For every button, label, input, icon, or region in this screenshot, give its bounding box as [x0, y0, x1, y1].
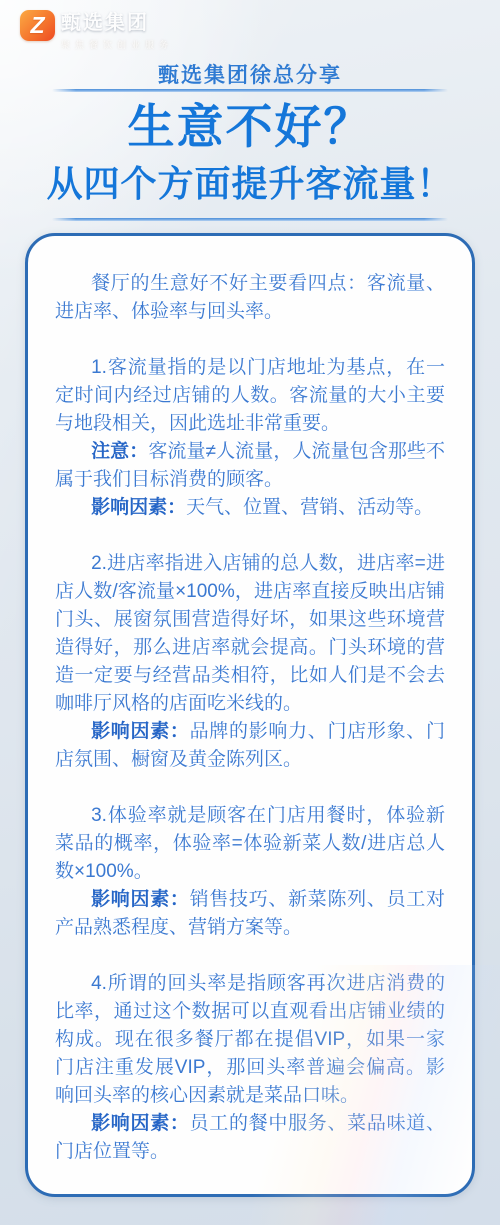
card-paragraph: 1.客流量指的是以门店地址为基点，在一定时间内经过店铺的人数。客流量的大小主要与… [55, 354, 445, 438]
paragraph-text: 2.进店率指进入店铺的总人数，进店率=进店人数/客流量×100%，进店率直接反映… [55, 553, 445, 714]
logo-name: 甄选集团 [61, 10, 173, 36]
title-line2: 从四个方面提升客流量！ [0, 158, 500, 210]
card-paragraph: 影响因素：销售技巧、新菜陈列、员工对产品熟悉程度、营销方案等。 [55, 886, 445, 942]
paragraph-bold-label: 影响因素： [91, 1113, 190, 1134]
card-paragraph: 影响因素：品牌的影响力、门店形象、门店氛围、橱窗及黄金陈列区。 [55, 718, 445, 774]
content-card: 餐厅的生意好不好主要看四点：客流量、进店率、体验率与回头率。1.客流量指的是以门… [25, 233, 475, 1197]
paragraph-bold-label: 注意： [91, 441, 148, 462]
logo-textblock: 甄选集团 聚焦餐饮创业服务 [61, 10, 173, 51]
divider-top [52, 89, 448, 92]
paragraph-text: 4.所谓的回头率是指顾客再次进店消费的比率，通过这个数据可以直观看出店铺业绩的构… [55, 973, 445, 1106]
divider-bottom [52, 218, 448, 221]
card-paragraph: 影响因素：天气、位置、营销、活动等。 [55, 494, 445, 522]
logo: Z 甄选集团 聚焦餐饮创业服务 [20, 10, 173, 51]
card-paragraph: 3.体验率就是顾客在门店用餐时，体验新菜品的概率，体验率=体验新菜人数/进店总人… [55, 802, 445, 886]
paragraph-text: 1.客流量指的是以门店地址为基点，在一定时间内经过店铺的人数。客流量的大小主要与… [55, 357, 445, 434]
paragraph-text: 餐厅的生意好不好主要看四点：客流量、进店率、体验率与回头率。 [55, 273, 445, 322]
card-section-2: 1.客流量指的是以门店地址为基点，在一定时间内经过店铺的人数。客流量的大小主要与… [55, 354, 445, 522]
card-section-3: 2.进店率指进入店铺的总人数，进店率=进店人数/客流量×100%，进店率直接反映… [55, 550, 445, 774]
card-paragraph: 4.所谓的回头率是指顾客再次进店消费的比率，通过这个数据可以直观看出店铺业绩的构… [55, 970, 445, 1110]
logo-slogan: 聚焦餐饮创业服务 [61, 38, 173, 51]
card-paragraph: 餐厅的生意好不好主要看四点：客流量、进店率、体验率与回头率。 [55, 270, 445, 326]
paragraph-text: 天气、位置、营销、活动等。 [186, 497, 433, 518]
card-paragraph: 注意：客流量≠人流量，人流量包含那些不属于我们目标消费的顾客。 [55, 438, 445, 494]
title-line1: 生意不好？ [0, 97, 500, 157]
card-section-4: 3.体验率就是顾客在门店用餐时，体验新菜品的概率，体验率=体验新菜人数/进店总人… [55, 802, 445, 942]
paragraph-text: 3.体验率就是顾客在门店用餐时，体验新菜品的概率，体验率=体验新菜人数/进店总人… [55, 805, 445, 882]
paragraph-bold-label: 影响因素： [91, 497, 186, 518]
paragraph-bold-label: 影响因素： [91, 889, 190, 910]
logo-z-letter: Z [30, 14, 44, 37]
poster-page: Z 甄选集团 聚焦餐饮创业服务 甄选集团徐总分享 生意不好？ 从四个方面提升客流… [0, 0, 500, 1225]
card-paragraph: 2.进店率指进入店铺的总人数，进店率=进店人数/客流量×100%，进店率直接反映… [55, 550, 445, 718]
card-section-1: 餐厅的生意好不好主要看四点：客流量、进店率、体验率与回头率。 [55, 270, 445, 326]
card-paragraph: 影响因素：员工的餐中服务、菜品味道、门店位置等。 [55, 1110, 445, 1166]
share-subtitle: 甄选集团徐总分享 [0, 59, 500, 89]
logo-z-icon: Z [20, 10, 55, 41]
card-section-5: 4.所谓的回头率是指顾客再次进店消费的比率，通过这个数据可以直观看出店铺业绩的构… [55, 970, 445, 1166]
paragraph-bold-label: 影响因素： [91, 721, 190, 742]
